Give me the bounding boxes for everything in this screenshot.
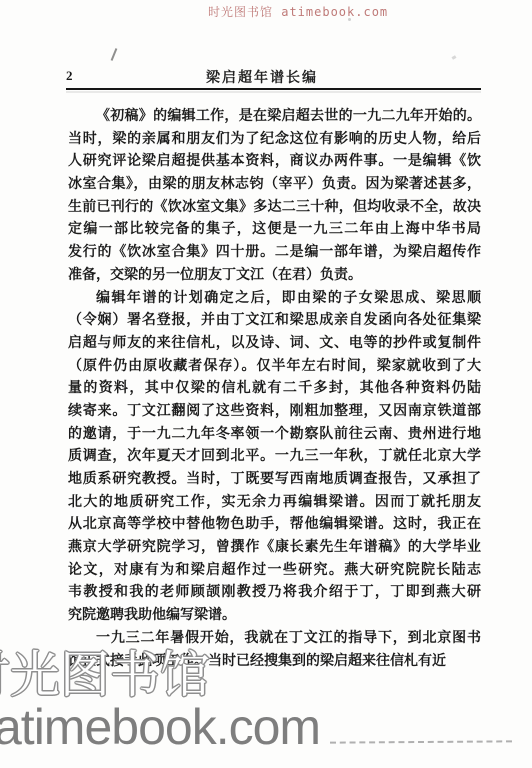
text-line: 定编一部比较完备的集子，这便是一九三二年由上海中华书局 bbox=[68, 219, 481, 242]
book-page: 时光图书馆 atimebook.com 2 梁启超年谱长编 《初稿》的编辑工作，… bbox=[0, 0, 532, 768]
text-line: 发行的《饮冰室合集》四十册。二是编一部年谱，为梁启超传作 bbox=[68, 242, 481, 265]
text-line: 编辑年谱的计划确定之后，即由梁的子女梁思成、梁思顺 bbox=[68, 288, 481, 311]
text-line: 生前已刊行的《饮冰室文集》多达二三十种，但均收录不全，故决 bbox=[68, 197, 481, 220]
text-line: 准备，交梁的另一位朋友丁文江（在君）负责。 bbox=[68, 265, 481, 288]
text-line: 燕京大学研究院学习，曾撰作《康长素先生年谱稿》的大学毕业 bbox=[68, 537, 481, 560]
body-text: 《初稿》的编辑工作，是在梁启超去世的一九二九年开始的。当时，梁的亲属和朋友们为了… bbox=[68, 106, 481, 673]
header-rule bbox=[66, 88, 481, 90]
text-line: 北大的地质研究工作，实无余力再编辑梁谱。因而丁就托朋友 bbox=[68, 492, 481, 515]
text-line: 的邀请，于一九二九年冬率领一个勘察队前往云南、贵州进行地 bbox=[68, 424, 481, 447]
text-line: （原件仍由原收藏者保存）。仅半年左右时间，梁家就收到了大 bbox=[68, 356, 481, 379]
text-line: 从北京高等学校中替他物色助手，帮他编辑梁谱。这时，我正在 bbox=[68, 514, 481, 537]
scan-edge-line bbox=[330, 740, 512, 743]
watermark-top-text: 时光图书馆 atimebook.com bbox=[208, 3, 388, 20]
text-line: 量的资料，其中仅梁的信札就有二千多封，其他各种资料仍陆 bbox=[68, 378, 481, 401]
watermark-big-cn: 时光图书馆 bbox=[0, 650, 210, 700]
text-line: 韦教授和我的老师顾颉刚教授乃将我介绍于丁，丁即到燕大研 bbox=[68, 582, 481, 605]
scan-artifact bbox=[111, 48, 118, 61]
text-line: 论文，对康有为和梁启超作过一些研究。燕大研究院院长陆志 bbox=[68, 560, 481, 583]
text-line: 《初稿》的编辑工作，是在梁启超去世的一九二九年开始的。 bbox=[68, 106, 481, 129]
text-line: 质调查，次年夏天才回到北平。一九三一年秋，丁就任北京大学 bbox=[68, 446, 481, 469]
text-line: 地质系研究教授。当时，丁既要写西南地质调查报告，又承担了 bbox=[68, 469, 481, 492]
text-line: （令娴）署名登报，并由丁文江和梁思成亲自发函向各处征集梁 bbox=[68, 310, 481, 333]
watermark-url: atimebook.com bbox=[0, 702, 320, 752]
text-line: 究院邀聘我助他编写梁谱。 bbox=[68, 605, 481, 628]
text-line: 续寄来。丁文江翻阅了这些资料，刚粗加整理，又因南京铁道部 bbox=[68, 401, 481, 424]
running-title: 梁启超年谱长编 bbox=[0, 67, 524, 87]
scan-artifact bbox=[348, 18, 351, 21]
text-line: 人研究评论梁启超提供基本资料，商议办两件事。一是编辑《饮 bbox=[68, 151, 481, 174]
text-line: 冰室合集》，由梁的朋友林志钧（宰平）负责。因为梁著述甚多， bbox=[68, 174, 481, 197]
scan-artifact bbox=[452, 55, 457, 60]
text-line: 当时，梁的亲属和朋友们为了纪念这位有影响的历史人物，给后 bbox=[68, 129, 481, 152]
text-line: 启超与师友的来往信札，以及诗、词、文、电等的抄件或复制件 bbox=[68, 333, 481, 356]
